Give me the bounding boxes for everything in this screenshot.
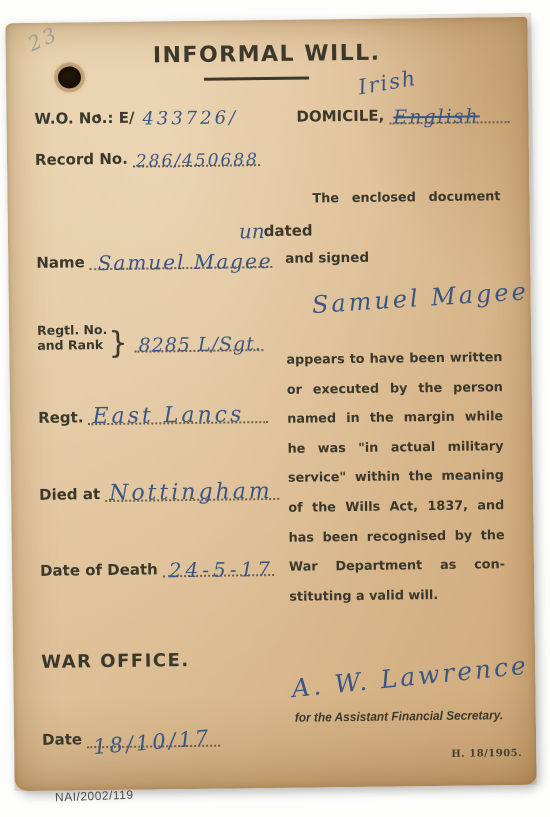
domicile-label: DOMICILE, (296, 108, 384, 126)
field-date: Date 18/10/17 (42, 730, 220, 749)
died-at-value: Nottingham (105, 481, 273, 505)
name-label: Name (36, 254, 85, 271)
body-paragraph-line: service" within the meaning (288, 462, 504, 494)
regtl-label-line2: and Rank (37, 338, 107, 354)
body-paragraph-line: he was "in actual military (287, 432, 503, 464)
field-regtl-no-rank: Regtl. No. and Rank } 8285 L/Sgt. (37, 321, 263, 353)
field-date-of-death: Date of Death 24-5-17 (40, 559, 270, 579)
body-paragraph: appears to have been written or executed… (286, 343, 505, 612)
name-dotted-line: Samuel Magee (90, 251, 273, 270)
regtl-dotted-line: 8285 L/Sgt. (134, 335, 263, 353)
date-dotted-line: 18/10/17 (87, 731, 220, 748)
regtl-value: 8285 L/Sgt. (134, 335, 261, 356)
body-paragraph-line: named in the margin while (287, 402, 503, 434)
date-of-death-label: Date of Death (40, 561, 158, 579)
regt-dotted-line: East Lancs (88, 404, 268, 425)
official-signature: A. W. Lawrence (291, 653, 530, 701)
regt-value: East Lancs (88, 404, 244, 428)
punch-hole (58, 66, 81, 88)
domicile-correction: Irish (357, 68, 419, 99)
name-value: Samuel Magee (90, 251, 273, 273)
body-line-enclosed: The enclosed document (284, 189, 500, 208)
for-secretary-line: for the Assistant Financial Secretary. (295, 708, 503, 725)
body-and-signed: and signed (285, 250, 369, 267)
domicile-dotted-line: English (389, 107, 509, 124)
date-label: Date (42, 731, 82, 748)
field-died-at: Died at Nottingham (39, 481, 279, 503)
body-paragraph-line: War Department as con- (289, 550, 505, 582)
field-record-no: Record No. 286/450688 (35, 149, 260, 168)
record-no-value: 286/450688 (133, 152, 259, 171)
archive-reference: NAI/2002/119 (55, 788, 134, 805)
date-of-death-dotted-line: 24-5-17 (163, 559, 274, 577)
field-wo-no: W.O. No.: E/ 433726/ (34, 108, 238, 127)
body-paragraph-line: of the Wills Act, 1837, and (288, 491, 504, 523)
undated-handwritten-prefix: un (239, 221, 265, 241)
date-of-death-value: 24-5-17 (163, 559, 274, 580)
testator-signature: Samuel Magee (311, 279, 529, 317)
field-name: Name Samuel Magee (36, 251, 266, 271)
body-paragraph-line: stituting a valid will. (289, 580, 505, 612)
field-domicile: DOMICILE, English (296, 106, 509, 125)
document-paper: 23 INFORMAL WILL. Irish W.O. No.: E/ 433… (5, 17, 536, 791)
record-no-dotted-line: 286/450688 (133, 152, 260, 168)
record-no-label: Record No. (35, 151, 128, 169)
domicile-crossed-value: English (389, 107, 480, 127)
died-at-dotted-line: Nottingham (105, 481, 279, 502)
date-value: 18/10/17 (86, 727, 212, 758)
field-regt: Regt. East Lancs (38, 404, 268, 426)
died-at-label: Died at (39, 486, 100, 503)
form-code: H. 18/1905. (451, 748, 522, 760)
body-undated: un dated (239, 220, 313, 239)
body-paragraph-line: or executed by the person (287, 373, 503, 405)
regtl-label: Regtl. No. and Rank (37, 323, 108, 353)
regt-label: Regt. (38, 409, 84, 426)
undated-printed: dated (264, 222, 313, 239)
title-divider (204, 77, 309, 81)
wo-no-value: 433726/ (142, 109, 238, 128)
body-paragraph-line: has been recognised by the (288, 521, 504, 553)
regtl-brace: } (108, 329, 127, 356)
wo-no-label: W.O. No.: E/ (34, 110, 134, 128)
form-title: INFORMAL WILL. (6, 39, 528, 70)
war-office-heading: WAR OFFICE. (41, 651, 190, 673)
body-paragraph-line: appears to have been written (286, 343, 502, 375)
